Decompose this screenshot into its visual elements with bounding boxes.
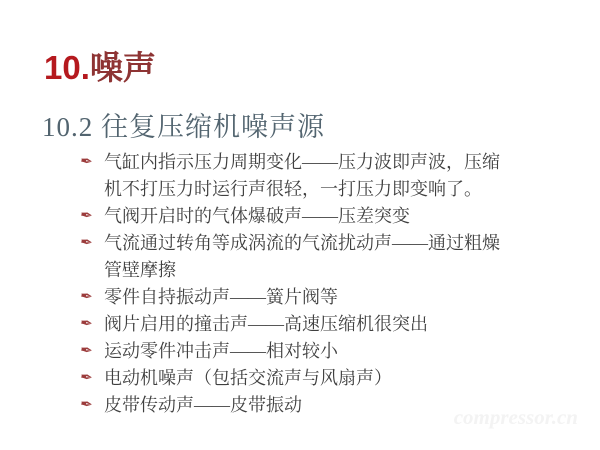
bullet-text: 气流通过转角等成涡流的气流扰动声——通过粗燥管壁摩擦 (104, 230, 507, 284)
list-item: ✒ 零件自持振动声——簧片阀等 (80, 284, 525, 311)
bullet-text: 气阀开启时的气体爆破声——压差突变 (104, 203, 507, 230)
list-item: ✒ 阀片启用的撞击声——高速压缩机很突出 (80, 311, 525, 338)
list-item: ✒ 电动机噪声（包括交流声与风扇声） (80, 365, 525, 392)
list-item: ✒ 气阀开启时的气体爆破声——压差突变 (80, 203, 525, 230)
list-item: ✒ 皮带传动声——皮带振动 (80, 392, 525, 419)
pen-nib-icon: ✒ (78, 309, 106, 339)
pen-nib-icon: ✒ (78, 363, 106, 393)
pen-nib-icon: ✒ (78, 147, 106, 177)
bullet-text: 气缸内指示压力周期变化——压力波即声波，压缩机不打压力时运行声很轻，一打压力即变… (104, 149, 507, 203)
pen-nib-icon: ✒ (78, 282, 106, 312)
pen-nib-icon: ✒ (78, 390, 106, 420)
bullet-text: 皮带传动声——皮带振动 (104, 392, 507, 419)
title-text: 噪声 (90, 49, 156, 86)
title-number: 10. (44, 49, 90, 86)
pen-nib-icon: ✒ (78, 228, 106, 258)
bullet-text: 运动零件冲击声——相对较小 (104, 338, 507, 365)
section-subtitle: 10.2 往复压缩机噪声源 (42, 105, 325, 144)
list-item: ✒ 气流通过转角等成涡流的气流扰动声——通过粗燥管壁摩擦 (80, 230, 525, 284)
bullet-text: 阀片启用的撞击声——高速压缩机很突出 (104, 311, 507, 338)
pen-nib-icon: ✒ (78, 201, 106, 231)
bullet-list: ✒ 气缸内指示压力周期变化——压力波即声波，压缩机不打压力时运行声很轻，一打压力… (80, 149, 525, 419)
list-item: ✒ 运动零件冲击声——相对较小 (80, 338, 525, 365)
pen-nib-icon: ✒ (78, 336, 106, 366)
bullet-text: 零件自持振动声——簧片阀等 (104, 284, 507, 311)
bullet-text: 电动机噪声（包括交流声与风扇声） (104, 365, 507, 392)
slide: 10.噪声 10.2 往复压缩机噪声源 ✒ 气缸内指示压力周期变化——压力波即声… (0, 0, 600, 450)
list-item: ✒ 气缸内指示压力周期变化——压力波即声波，压缩机不打压力时运行声很轻，一打压力… (80, 149, 525, 203)
page-title: 10.噪声 (44, 50, 156, 86)
